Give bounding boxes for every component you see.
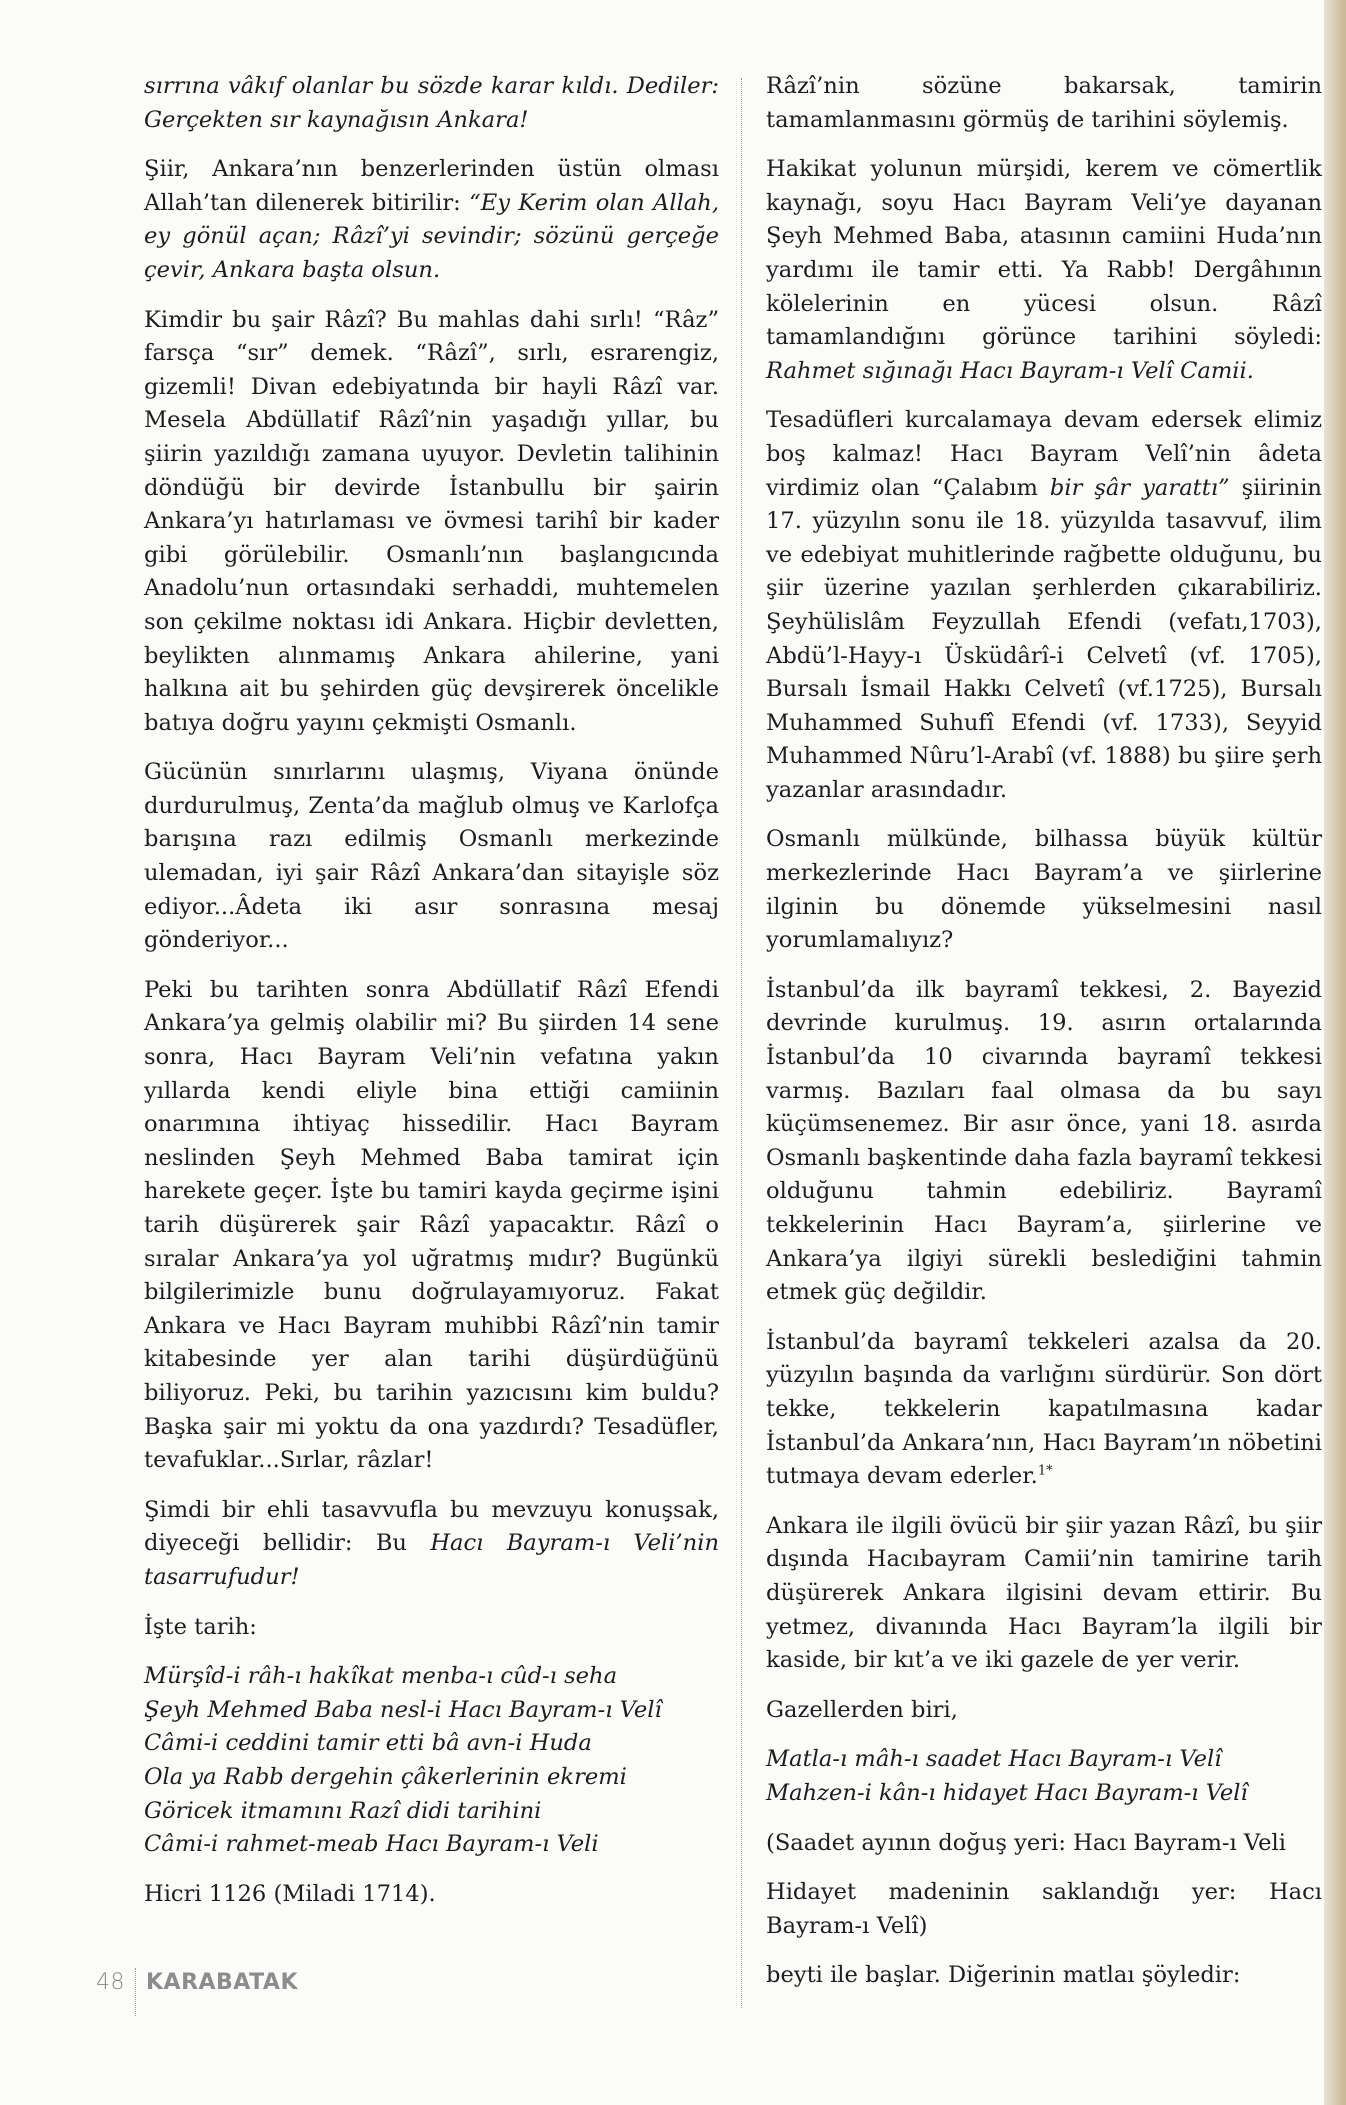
paragraph: Kimdir bu şair Râzî? Bu mahlas dahi sırl… xyxy=(144,304,719,741)
book-binding-edge xyxy=(1324,0,1346,2105)
verse-block: Mürşîd-i râh-ı hakîkat menba-ı cûd-ı seh… xyxy=(144,1660,719,1862)
italic-text: sırrına vâkıf olanlar bu sözde karar kıl… xyxy=(144,73,719,133)
paragraph: Gücünün sınırlarını ulaşmış, Viyana önün… xyxy=(144,756,719,958)
verse-line: Göricek itmamını Razî didi tarihini xyxy=(144,1795,719,1829)
paragraph: Şimdi bir ehli tasavvufla bu mevzuyu kon… xyxy=(144,1494,719,1595)
paragraph: beyti ile başlar. Diğerinin matlaı şöyle… xyxy=(766,1959,1322,1993)
left-column: sırrına vâkıf olanlar bu sözde karar kıl… xyxy=(144,70,719,1927)
paragraph: Şiir, Ankara’nın benzerlerinden üstün ol… xyxy=(144,153,719,287)
paragraph: Hidayet madeninin saklandığı yer: Hacı B… xyxy=(766,1876,1322,1943)
verse-line: Ola ya Rabb dergehin çâkerlerinin ekremi xyxy=(144,1761,719,1795)
column-divider xyxy=(741,78,742,2008)
paragraph: (Saadet ayının doğuş yeri: Hacı Bayram-ı… xyxy=(766,1827,1322,1861)
body-text: şiirinin 17. yüzyılın sonu ile 18. yüzyı… xyxy=(766,475,1322,803)
page-number: 48 xyxy=(96,1970,125,1995)
paragraph: Râzî’nin sözüne bakarsak, tamirin tamaml… xyxy=(766,70,1322,137)
italic-text: Rahmet sığınağı Hacı Bayram-ı Velî Camii… xyxy=(766,358,1254,384)
verse-block: Matla-ı mâh-ı saadet Hacı Bayram-ı Velî … xyxy=(766,1743,1322,1810)
paragraph: Osmanlı mülkünde, bilhassa büyük kültür … xyxy=(766,823,1322,957)
paragraph: İşte tarih: xyxy=(144,1611,719,1645)
paragraph: İstanbul’da ilk bayramî tekkesi, 2. Baye… xyxy=(766,974,1322,1310)
verse-line: Matla-ı mâh-ı saadet Hacı Bayram-ı Velî xyxy=(766,1743,1322,1777)
verse-line: Mürşîd-i râh-ı hakîkat menba-ı cûd-ı seh… xyxy=(144,1660,719,1694)
verse-line: Mahzen-i kân-ı hidayet Hacı Bayram-ı Vel… xyxy=(766,1777,1322,1811)
verse-line: Şeyh Mehmed Baba nesl-i Hacı Bayram-ı Ve… xyxy=(144,1694,719,1728)
paragraph: Hakikat yolunun mürşidi, kerem ve cömert… xyxy=(766,153,1322,388)
paragraph: Tesadüfleri kurcalamaya devam edersek el… xyxy=(766,404,1322,807)
magazine-name: KARABATAK xyxy=(146,1970,298,1995)
footnote-marker: 1* xyxy=(1038,1464,1053,1479)
paragraph: sırrına vâkıf olanlar bu sözde karar kıl… xyxy=(144,70,719,137)
footer-divider xyxy=(135,1968,136,2016)
verse-line: Câmi-i rahmet-meab Hacı Bayram-ı Veli xyxy=(144,1828,719,1862)
verse-line: Câmi-i ceddini tamir etti bâ avn-i Huda xyxy=(144,1727,719,1761)
paragraph: Peki bu tarihten sonra Abdüllatif Râzî E… xyxy=(144,974,719,1478)
paragraph: İstanbul’da bayramî tekkeleri azalsa da … xyxy=(766,1326,1322,1494)
paragraph: Ankara ile ilgili övücü bir şiir yazan R… xyxy=(766,1510,1322,1678)
paragraph: Hicri 1126 (Miladi 1714). xyxy=(144,1878,719,1912)
right-column: Râzî’nin sözüne bakarsak, tamirin tamaml… xyxy=(766,70,1322,2009)
paragraph: Gazellerden biri, xyxy=(766,1694,1322,1728)
italic-text: bir şâr yarattı” xyxy=(1050,475,1230,501)
page-footer: 48 KARABATAK xyxy=(96,1958,298,2006)
body-text: Hakikat yolunun mürşidi, kerem ve cömert… xyxy=(766,156,1322,350)
